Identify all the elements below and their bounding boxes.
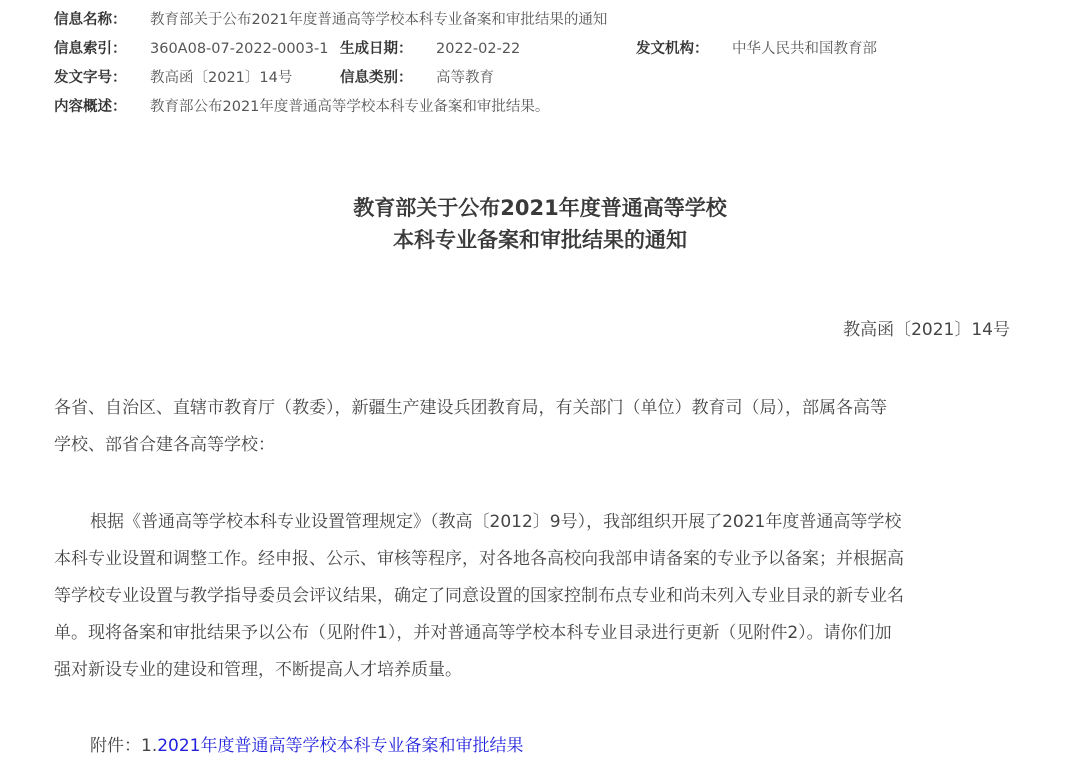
document-metadata: 信息名称： 教育部关于公布2021年度普通高等学校本科专业备案和审批结果的通知 … [54, 6, 1054, 122]
info-name-label: 信息名称： [54, 6, 127, 35]
issuing-agency-label: 发文机构： [636, 35, 709, 64]
attachment-label: 附件： [90, 736, 141, 756]
document-number: 教高函〔2021〕14号 [843, 316, 1010, 344]
meta-row-index: 信息索引： 360A08-07-2022-0003-1 生成日期： 2022-0… [54, 35, 1054, 64]
paragraph-line: 等学校专业设置与教学指导委员会评议结果，确定了同意设置的国家控制布点专业和尚未列… [54, 578, 1014, 615]
attachment-link[interactable]: 2021年度普通高等学校本科专业备案和审批结果 [157, 736, 523, 756]
body-paragraph: 根据《普通高等学校本科专业设置管理规定》（教高〔2012〕9号），我部组织开展了… [54, 504, 1014, 689]
addressee-line: 学校、部省合建各高等学校： [54, 427, 1014, 464]
meta-row-info-name: 信息名称： 教育部关于公布2021年度普通高等学校本科专业备案和审批结果的通知 [54, 6, 1054, 35]
paragraph-line: 单。现将备案和审批结果予以公布（见附件1），并对普通高等学校本科专业目录进行更新… [54, 615, 1014, 652]
attachment-number: 1. [141, 736, 157, 756]
summary-label: 内容概述： [54, 93, 127, 122]
info-category-label: 信息类别： [340, 64, 413, 93]
title-line-1: 教育部关于公布2021年度普通高等学校 [0, 192, 1080, 224]
title-line-2: 本科专业备案和审批结果的通知 [0, 224, 1080, 256]
generated-date-label: 生成日期： [340, 35, 413, 64]
document-title: 教育部关于公布2021年度普通高等学校 本科专业备案和审批结果的通知 [0, 192, 1080, 256]
summary-value: 教育部公布2021年度普通高等学校本科专业备案和审批结果。 [150, 93, 549, 122]
paragraph-line: 强对新设专业的建设和管理，不断提高人才培养质量。 [54, 652, 1014, 689]
attachment-line: 附件：1.2021年度普通高等学校本科专业备案和审批结果 [90, 728, 524, 765]
paragraph-line: 本科专业设置和调整工作。经申报、公示、审核等程序，对各地各高校向我部申请备案的专… [54, 541, 1014, 578]
info-index-label: 信息索引： [54, 35, 127, 64]
addressee: 各省、自治区、直辖市教育厅（教委），新疆生产建设兵团教育局，有关部门（单位）教育… [54, 390, 1014, 464]
generated-date-value: 2022-02-22 [436, 35, 520, 64]
doc-number-label: 发文字号： [54, 64, 127, 93]
meta-row-doc-number: 发文字号： 教高函〔2021〕14号 信息类别： 高等教育 [54, 64, 1054, 93]
paragraph-line: 根据《普通高等学校本科专业设置管理规定》（教高〔2012〕9号），我部组织开展了… [54, 504, 1014, 541]
info-index-value: 360A08-07-2022-0003-1 [150, 35, 328, 64]
doc-number-value: 教高函〔2021〕14号 [150, 64, 292, 93]
info-name-value: 教育部关于公布2021年度普通高等学校本科专业备案和审批结果的通知 [150, 6, 607, 35]
issuing-agency-value: 中华人民共和国教育部 [732, 35, 877, 64]
meta-row-summary: 内容概述： 教育部公布2021年度普通高等学校本科专业备案和审批结果。 [54, 93, 1054, 122]
addressee-line: 各省、自治区、直辖市教育厅（教委），新疆生产建设兵团教育局，有关部门（单位）教育… [54, 390, 1014, 427]
info-category-value: 高等教育 [436, 64, 494, 93]
